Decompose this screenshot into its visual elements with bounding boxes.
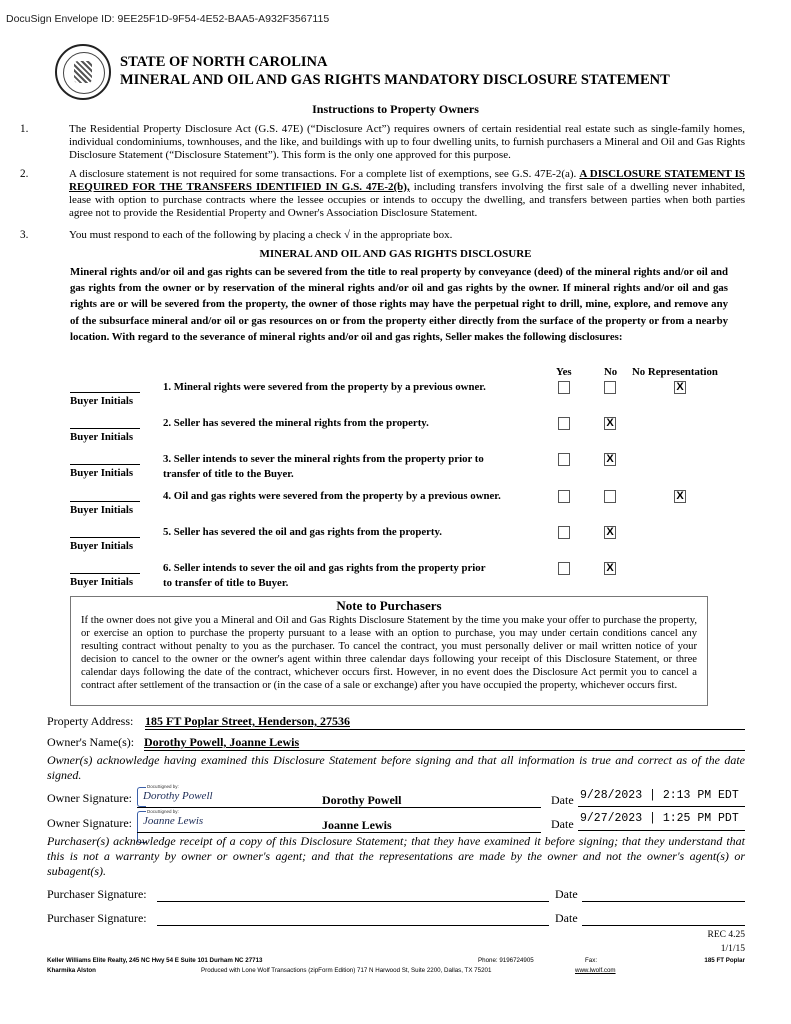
yes-checkbox[interactable] [558,453,570,466]
note-to-purchasers: Note to Purchasers If the owner does not… [70,596,708,706]
owner-signature-label-2: Owner Signature: [47,816,132,831]
purchaser-signature-label-2: Purchaser Signature: [47,911,147,926]
purchaser-date-label-2: Date [555,911,578,926]
buyer-initials-line[interactable] [70,428,140,429]
buyer-initials-line[interactable] [70,537,140,538]
question-text-cont: to transfer of title to Buyer. [163,576,288,591]
question-text: 1. Mineral rights were severed from the … [163,380,486,395]
no-checkbox[interactable] [604,490,616,503]
produced-by: Produced with Lone Wolf Transactions (zi… [201,967,491,974]
buyer-initials-line[interactable] [70,501,140,502]
buyer-initials-label: Buyer Initials [70,504,133,516]
property-address-value[interactable]: 185 FT Poplar Street, Henderson, 27536 [145,714,350,729]
instruction-number: 2. [20,168,28,180]
buyer-initials-line[interactable] [70,464,140,465]
column-no-representation: No Representation [632,366,718,378]
no-representation-checkbox[interactable]: X [674,381,686,394]
docusigned-by-tag-1: DocuSigned by: [147,784,179,789]
buyer-initials-line[interactable] [70,392,140,393]
property-short: 185 FT Poplar [704,957,745,964]
docusigned-by-tag-2: DocuSigned by: [147,809,179,814]
form-date: 1/1/15 [721,944,745,954]
instructions-heading: Instructions to Property Owners [0,102,791,117]
purchaser-date-label-1: Date [555,887,578,902]
question-text: 4. Oil and gas rights were severed from … [163,489,501,504]
yes-checkbox[interactable] [558,490,570,503]
question-text: 5. Seller has severed the oil and gas ri… [163,525,442,540]
brokerage-fax: Fax: [585,957,597,964]
purchaser-date-line-2[interactable] [582,925,745,926]
brokerage-phone: Phone: 9196724905 [478,957,534,964]
question-text: 2. Seller has severed the mineral rights… [163,416,429,431]
owner-signature-line-2 [137,832,541,833]
no-checkbox[interactable]: X [604,526,616,539]
disclosure-heading: MINERAL AND OIL AND GAS RIGHTS DISCLOSUR… [0,248,791,260]
column-yes: Yes [556,366,572,378]
purchaser-acknowledgment: Purchaser(s) acknowledge receipt of a co… [47,834,745,879]
yes-checkbox[interactable] [558,417,570,430]
owner-name-2: Joanne Lewis [322,818,392,833]
owner-name-1: Dorothy Powell [322,793,401,808]
docusign-envelope-id: DocuSign Envelope ID: 9EE25F1D-9F54-4E52… [6,13,329,25]
buyer-initials-label: Buyer Initials [70,431,133,443]
nc-seal-icon [55,44,111,100]
owners-name-value[interactable]: Dorothy Powell, Joanne Lewis [144,735,299,750]
yes-checkbox[interactable] [558,526,570,539]
instruction-number: 1. [20,123,28,135]
buyer-initials-label: Buyer Initials [70,467,133,479]
owner-signature-1[interactable]: Dorothy Powell [143,790,213,802]
yes-checkbox[interactable] [558,381,570,394]
lwolf-link[interactable]: www.lwolf.com [575,967,616,974]
disclosure-intro: Mineral rights and/or oil and gas rights… [70,264,728,345]
no-checkbox[interactable]: X [604,417,616,430]
instruction-item-1: The Residential Property Disclosure Act … [69,123,745,162]
owners-name-label: Owner's Name(s): [47,735,134,750]
question-text: 3. Seller intends to sever the mineral r… [163,452,484,467]
question-text: 6. Seller intends to sever the oil and g… [163,561,486,576]
owner-signature-label-1: Owner Signature: [47,791,132,806]
date-line-1 [578,806,745,807]
buyer-initials-label: Buyer Initials [70,395,133,407]
date-label-1: Date [551,793,574,808]
purchaser-signature-line-2[interactable] [157,925,549,926]
owner-date-1[interactable]: 9/28/2023 | 2:13 PM EDT [580,789,739,802]
instruction-item-2: A disclosure statement is not required f… [69,168,745,220]
instruction-number: 3. [20,229,28,241]
note-text: If the owner does not give you a Mineral… [81,614,697,693]
no-representation-checkbox[interactable]: X [674,490,686,503]
owner-signature-2[interactable]: Joanne Lewis [143,815,203,827]
brokerage-info: Keller Williams Elite Realty, 245 NC Hwy… [47,957,262,964]
no-checkbox[interactable]: X [604,562,616,575]
buyer-initials-label: Buyer Initials [70,576,133,588]
question-text-cont: transfer of title to the Buyer. [163,467,294,482]
form-title-state: STATE OF NORTH CAROLINA [120,54,327,71]
yes-checkbox[interactable] [558,562,570,575]
owners-name-line [144,750,745,751]
owner-signature-line-1 [137,807,541,808]
property-address-line [145,729,745,730]
column-no: No [604,366,617,378]
owner-date-2[interactable]: 9/27/2023 | 1:25 PM PDT [580,812,739,825]
no-checkbox[interactable] [604,381,616,394]
date-line-2 [578,830,745,831]
purchaser-date-line-1[interactable] [582,901,745,902]
instruction-item-3: You must respond to each of the followin… [69,229,745,242]
form-code: REC 4.25 [708,930,745,940]
buyer-initials-label: Buyer Initials [70,540,133,552]
buyer-initials-line[interactable] [70,573,140,574]
owner-acknowledgment: Owner(s) acknowledge having examined thi… [47,753,745,783]
purchaser-signature-label-1: Purchaser Signature: [47,887,147,902]
form-title: MINERAL AND OIL AND GAS RIGHTS MANDATORY… [120,72,670,89]
agent-name: Kharmika Alston [47,967,96,974]
purchaser-signature-line-1[interactable] [157,901,549,902]
no-checkbox[interactable]: X [604,453,616,466]
date-label-2: Date [551,817,574,832]
note-title: Note to Purchasers [71,598,707,614]
property-address-label: Property Address: [47,714,133,729]
